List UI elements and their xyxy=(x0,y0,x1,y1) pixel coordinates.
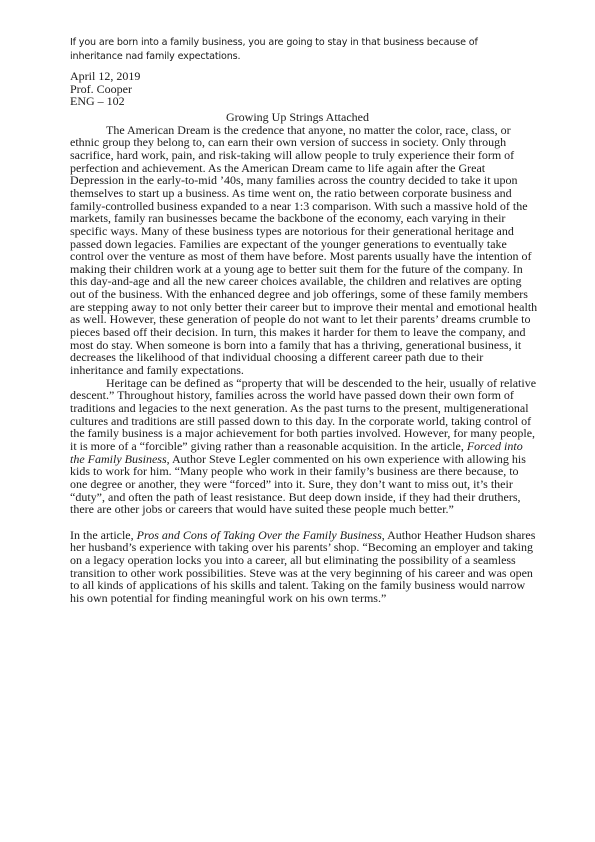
text-line: inheritance and family expectations. xyxy=(70,364,540,377)
thesis-note: If you are born into a family business, … xyxy=(70,36,540,64)
text-line: out of the business. With the enhanced d… xyxy=(70,288,540,301)
essay-title: Growing Up Strings Attached xyxy=(70,111,525,124)
text-line: there are other jobs or careers that wou… xyxy=(70,503,540,516)
text-line: specific ways. Many of these business ty… xyxy=(70,225,540,238)
text-line: his own potential for finding meaningful… xyxy=(70,592,540,605)
paragraph-3: In the article, Pros and Cons of Taking … xyxy=(70,529,540,605)
text-line: pieces based off their decision. In turn… xyxy=(70,326,540,339)
document-page: If you are born into a family business, … xyxy=(0,0,595,842)
text-line: control over the venture as most of them… xyxy=(70,250,540,263)
date: April 12, 2019 xyxy=(70,70,140,83)
text-line: one degree or another, they were “forced… xyxy=(70,478,540,491)
text-line: to all kinds of applications of his skil… xyxy=(70,579,540,592)
course: ENG – 102 xyxy=(70,95,140,108)
text-line: on a legacy operation locks you into a c… xyxy=(70,554,540,567)
text-line: ethnic group they belong to, can earn th… xyxy=(70,136,540,149)
text-line: Depression in the early-to-mid ’40s, man… xyxy=(70,174,540,187)
text-line: her husband’s experience with taking ove… xyxy=(70,541,540,554)
text-line: markets, family ran businesses became th… xyxy=(70,212,540,225)
text-line: traditions and legacies to the next gene… xyxy=(70,402,540,415)
essay-header: April 12, 2019 Prof. Cooper ENG – 102 xyxy=(70,70,140,108)
text-line: sacrifice, hard work, pain, and risk-tak… xyxy=(70,149,540,162)
paragraph-2: Heritage can be defined as “property tha… xyxy=(70,377,540,516)
note-line: If you are born into a family business, … xyxy=(70,36,540,50)
text-line: themselves to start up a business. As ti… xyxy=(70,187,540,200)
essay-body: The American Dream is the credence that … xyxy=(70,124,540,605)
paragraph-1: The American Dream is the credence that … xyxy=(70,124,540,377)
note-line: inheritance nad family expectations. xyxy=(70,50,540,64)
